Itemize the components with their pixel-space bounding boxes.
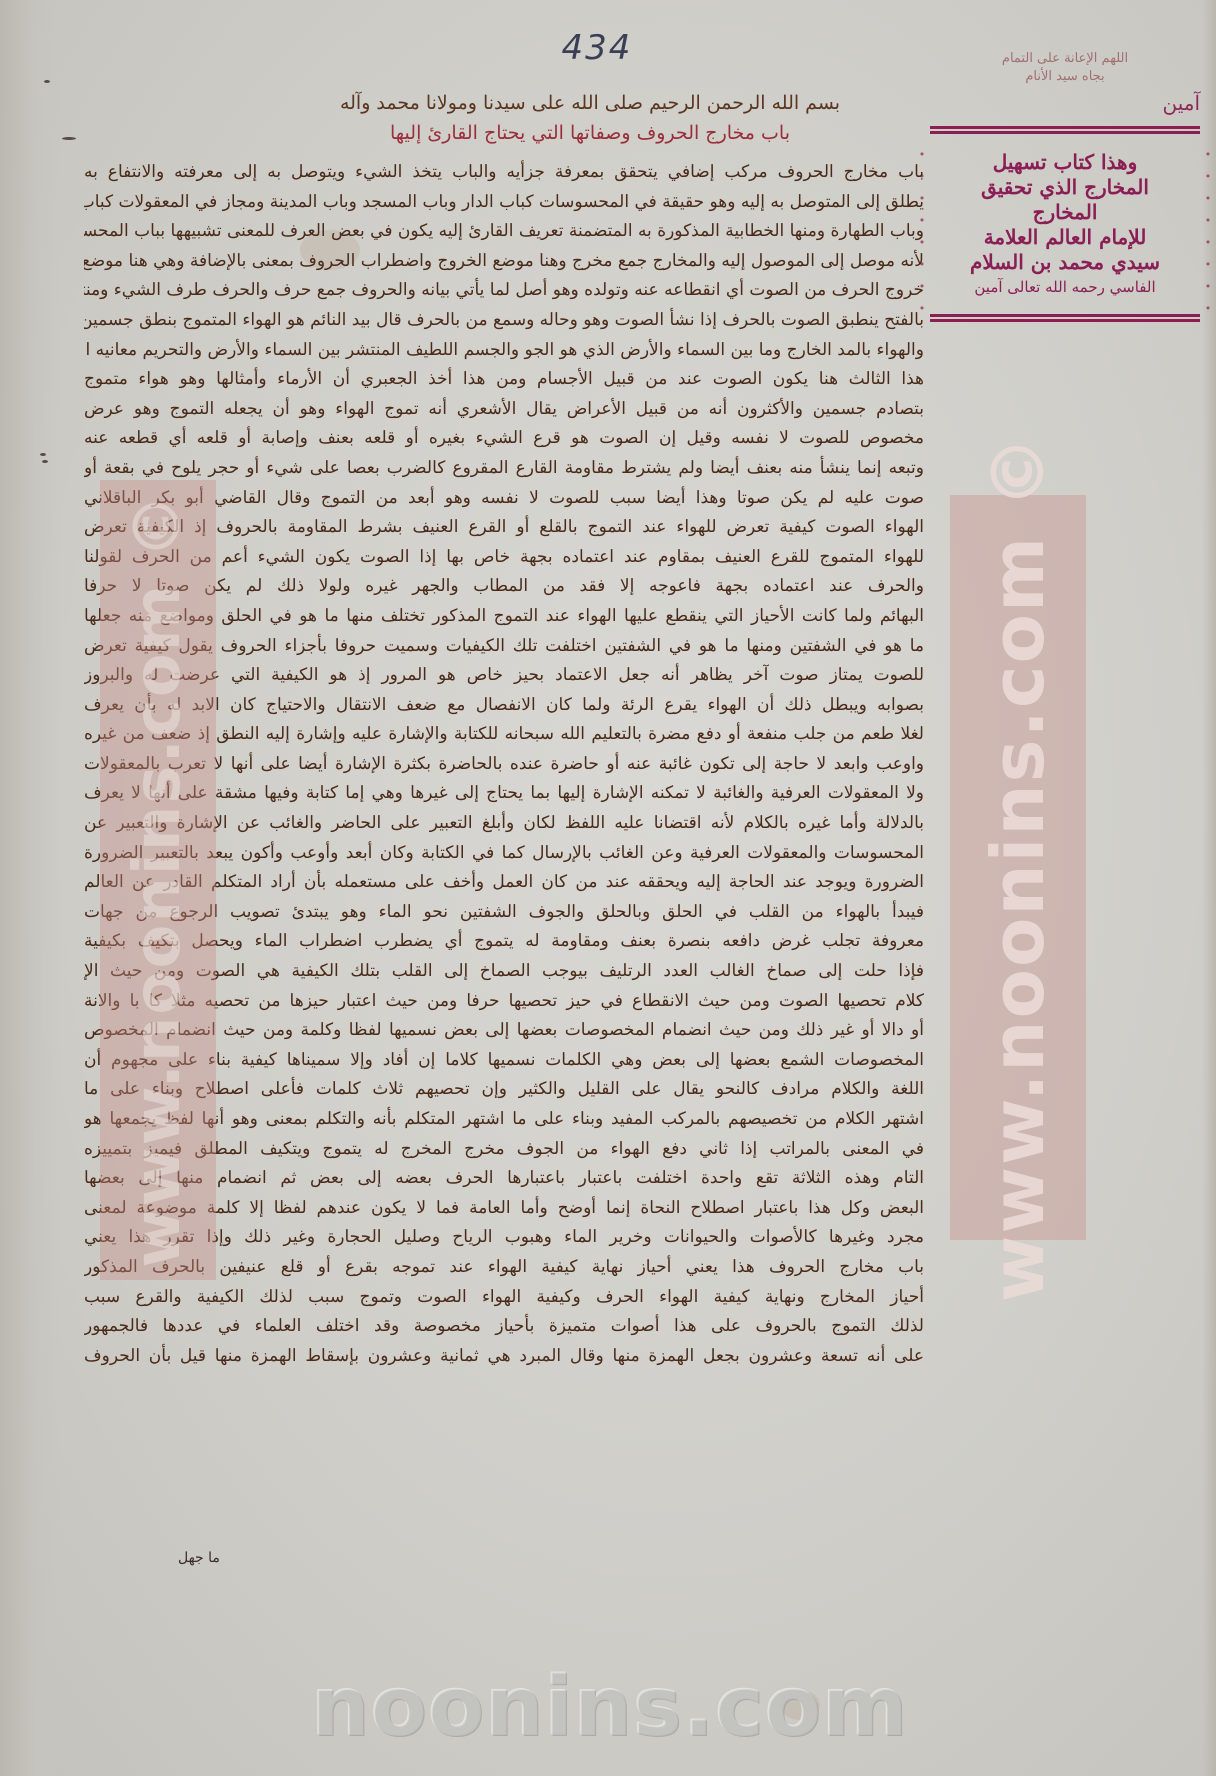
title-line: سيدي محمد بن السلام (938, 250, 1192, 275)
chapter-heading: باب مخارج الحروف وصفاتها التي يحتاج القا… (300, 118, 880, 148)
paper-speck (42, 460, 48, 463)
frame-ornament-right: • • • • • • • • (1202, 144, 1214, 304)
text-line: والهواء بالمد الخارج وما بين السماء والأ… (84, 336, 924, 366)
title-line: المخارج (938, 200, 1192, 225)
text-line: لأنه موصل إلى الموصول إليه والمخارج جمع … (84, 247, 924, 277)
manuscript-page: 434 بسم الله الرحمن الرحيم صلى الله على … (0, 0, 1216, 1776)
text-line (84, 1431, 924, 1461)
watermark-vertical-left: www.noonins.com © (121, 492, 195, 1267)
text-line: على أنه تسعة وعشرون بجعل الهمزة منها وقا… (84, 1342, 924, 1372)
text-line: يطلق إلى المتوصل به إليه وهو حقيقة في ال… (84, 188, 924, 218)
text-line: بالفتح ينطبق الصوت بالحرف إذا نشأ الصوت … (84, 306, 924, 336)
side-title-cartouche: اللهم الإعانة على التمام بجاه سيد الأنام… (930, 50, 1200, 322)
text-line (84, 1371, 924, 1401)
paper-speck (40, 453, 46, 456)
text-line (84, 1401, 924, 1431)
catchword: ما جهل (178, 1550, 220, 1566)
watermark-vertical-right: www.noonins.com © (976, 434, 1060, 1302)
title-block: بسم الله الرحمن الرحيم صلى الله على سيدن… (300, 88, 880, 148)
folio-number: 434 (552, 28, 642, 68)
text-line: باب مخارج الحروف مركب إضافي يتحقق بمعرفة… (84, 158, 924, 188)
side-note-amen: آمين (930, 90, 1200, 116)
title-line: وهذا كتاب تسهيل (938, 150, 1192, 175)
text-line: أحياز المخارج ونهاية كيفية الهواء الحرف … (84, 1283, 924, 1313)
text-line: خروج الحرف من الصوت أي انقطاعه عنه وتولد… (84, 276, 924, 306)
title-frame: • • • • • • • • • • • • • • • • وهذا كتا… (930, 126, 1200, 322)
text-line: هذا الثالث هنا يكون الصوت عند من قبيل ال… (84, 365, 924, 395)
watermark-bottom: noonins.com (300, 1660, 920, 1755)
text-line: وباب الطهارة ومنها الخطابية المذكورة به … (84, 217, 924, 247)
side-note-top: اللهم الإعانة على التمام (930, 50, 1200, 68)
text-line (84, 1460, 924, 1490)
text-line: بتصادم جسمين والأكثرون أنه من قبيل الأعر… (84, 395, 924, 425)
basmala: بسم الله الرحمن الرحيم صلى الله على سيدن… (300, 88, 880, 118)
text-line: مخصوص للصوت لا نفسه وقيل إن الصوت هو قرع… (84, 424, 924, 454)
text-line: لذلك التموج بالحروف على هذا أصوات متميزة… (84, 1312, 924, 1342)
page-fold-shadow (0, 0, 60, 1776)
paper-speck (62, 137, 76, 140)
side-note-second: بجاه سيد الأنام (930, 68, 1200, 86)
title-line: المخارج الذي تحقيق (938, 175, 1192, 200)
title-line: للإمام العالم العلامة (938, 225, 1192, 250)
title-line: الفاسي رحمه الله تعالى آمين (938, 275, 1192, 300)
paper-speck (44, 80, 50, 83)
